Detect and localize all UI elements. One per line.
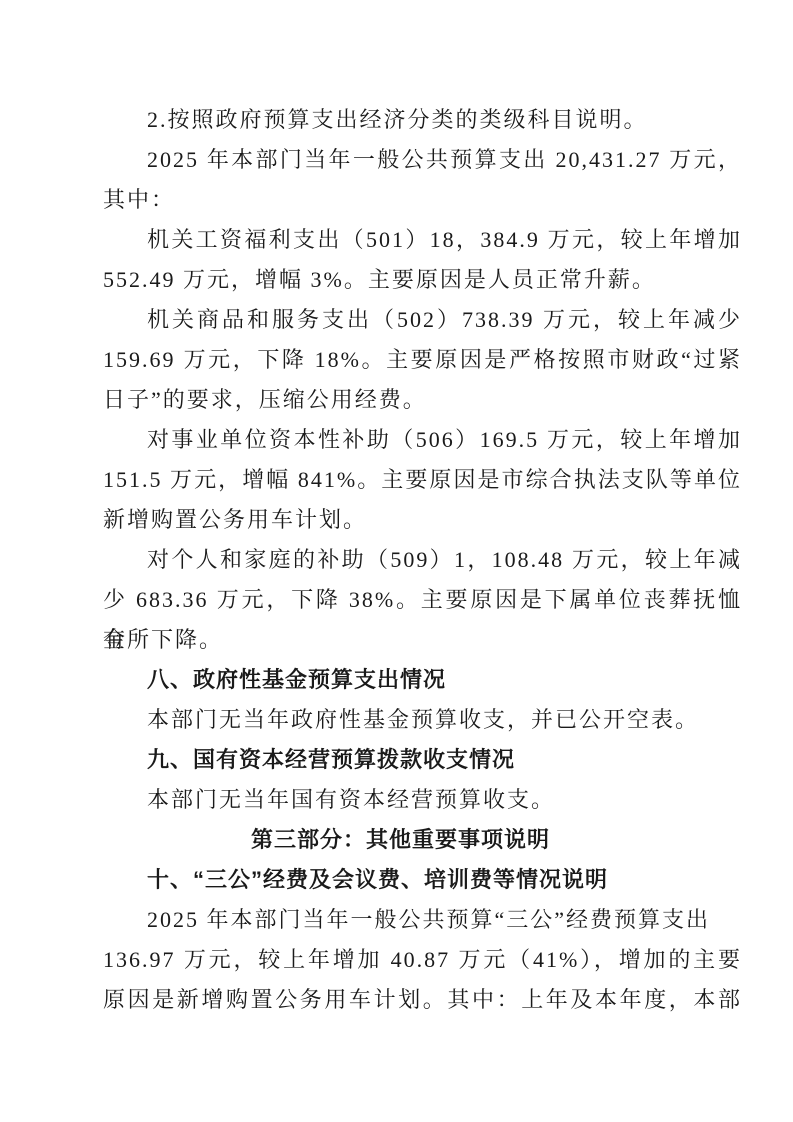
paragraph-line: 2.按照政府预算支出经济分类的类级科目说明。 <box>103 100 742 140</box>
paragraph-line: 新增购置公务用车计划。 <box>103 500 742 540</box>
document-content: 2.按照政府预算支出经济分类的类级科目说明。 2025 年本部门当年一般公共预算… <box>103 100 742 1020</box>
paragraph-line: 2025 年本部门当年一般公共预算支出 20,431.27 万元， <box>103 140 742 180</box>
paragraph-line: 机关商品和服务支出（502）738.39 万元，较上年减少 <box>103 300 742 340</box>
heading-section-10: 十、“三公”经费及会议费、培训费等情况说明 <box>103 860 742 900</box>
paragraph-line: 原因是新增购置公务用车计划。其中：上年及本年度，本部 <box>103 980 742 1020</box>
document-page: 2.按照政府预算支出经济分类的类级科目说明。 2025 年本部门当年一般公共预算… <box>0 0 793 1122</box>
paragraph-line: 159.69 万元，下降 18%。主要原因是严格按照市财政“过紧 <box>103 340 742 380</box>
heading-section-9: 九、国有资本经营预算拨款收支情况 <box>103 740 742 780</box>
paragraph-line: 552.49 万元，增幅 3%。主要原因是人员正常升薪。 <box>103 260 742 300</box>
paragraph-line: 少 683.36 万元，下降 38%。主要原因是下属单位丧葬抚恤金 <box>103 580 742 620</box>
paragraph-line: 机关工资福利支出（501）18，384.9 万元，较上年增加 <box>103 220 742 260</box>
paragraph-line: 日子”的要求，压缩公用经费。 <box>103 380 742 420</box>
heading-section-8: 八、政府性基金预算支出情况 <box>103 660 742 700</box>
paragraph-line: 对事业单位资本性补助（506）169.5 万元，较上年增加 <box>103 420 742 460</box>
paragraph-line: 有所下降。 <box>103 620 742 660</box>
heading-part-3: 第三部分：其他重要事项说明 <box>81 820 720 860</box>
paragraph-line: 136.97 万元，较上年增加 40.87 万元（41%），增加的主要 <box>103 940 742 980</box>
paragraph-line: 本部门无当年政府性基金预算收支，并已公开空表。 <box>103 700 742 740</box>
paragraph-line: 2025 年本部门当年一般公共预算“三公”经费预算支出 <box>103 900 742 940</box>
paragraph-line: 对个人和家庭的补助（509）1，108.48 万元，较上年减 <box>103 540 742 580</box>
paragraph-line: 其中： <box>103 180 742 220</box>
paragraph-line: 本部门无当年国有资本经营预算收支。 <box>103 780 742 820</box>
paragraph-line: 151.5 万元，增幅 841%。主要原因是市综合执法支队等单位 <box>103 460 742 500</box>
